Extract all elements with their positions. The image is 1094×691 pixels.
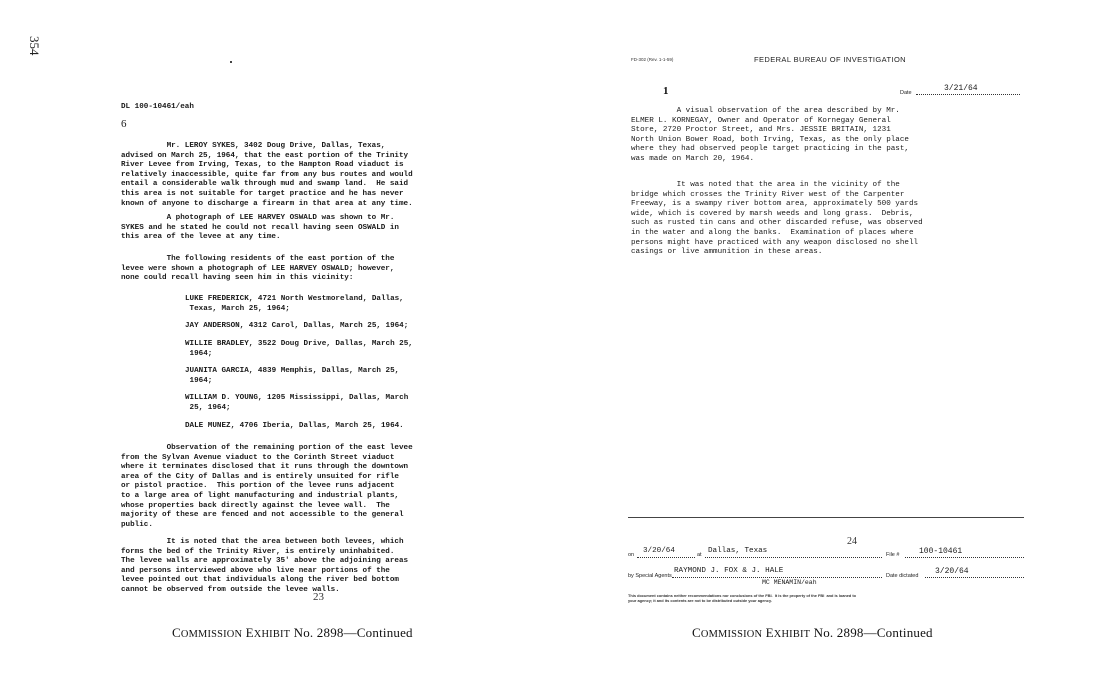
speck <box>230 61 232 63</box>
file-number: 100-10461 <box>905 547 1024 558</box>
serial-number: 1 <box>663 85 669 97</box>
resident-item: WILLIAM D. YOUNG, 1205 Mississippi, Dall… <box>185 394 408 413</box>
paragraph-photograph: A photograph of LEE HARVEY OSWALD was sh… <box>121 214 399 243</box>
location: Dallas, Texas <box>705 547 882 558</box>
divider <box>628 517 1024 518</box>
file-number: DL 100-10461/eah <box>121 103 194 113</box>
caption-part: No. 2898—Continued <box>810 625 933 640</box>
caption-part: XHIBIT <box>774 629 810 640</box>
resident-item: JAY ANDERSON, 4312 Carol, Dallas, March … <box>185 322 408 332</box>
caption-part: OMMISSION <box>701 629 762 640</box>
dictated-label: Date dictated <box>886 573 918 579</box>
serial-number: 6 <box>121 120 127 130</box>
resident-item: LUKE FREDERICK, 4721 North Westmoreland,… <box>185 295 404 314</box>
disclaimer: This document contains neither recommend… <box>628 593 856 603</box>
at-label: at <box>697 552 702 558</box>
caption-part: XHIBIT <box>254 629 290 640</box>
resident-item: WILLIE BRADLEY, 3522 Doug Drive, Dallas,… <box>185 340 413 359</box>
file-label: File # <box>886 552 899 558</box>
paragraph-residents-intro: The following residents of the east port… <box>121 255 394 284</box>
exhibit-caption: COMMISSION EXHIBIT No. 2898—Continued <box>692 625 933 641</box>
caption-part: OMMISSION <box>181 629 242 640</box>
paragraph-visual-observation: A visual observation of the area describ… <box>631 107 909 165</box>
date-value: 3/21/64 <box>916 84 1020 95</box>
agents-value-2: MC MENAMIN/eah <box>762 578 817 588</box>
form-id: FD-302 (Rev. 1-1-59) <box>631 57 673 62</box>
caption-part: No. 2898—Continued <box>290 625 413 640</box>
agents-label: by Special Agents <box>628 573 672 579</box>
agents-value: RAYMOND J. FOX & J. HALE <box>672 567 882 578</box>
resident-item: JUANITA GARCIA, 4839 Memphis, Dallas, Ma… <box>185 367 399 386</box>
caption-part: C <box>172 625 181 640</box>
caption-part: E <box>762 625 774 640</box>
paragraph-noted: It is noted that the area between both l… <box>121 538 408 596</box>
agency-header: FEDERAL BUREAU OF INVESTIGATION <box>754 55 906 64</box>
on-date: 3/20/64 <box>637 547 695 558</box>
paragraph-sykes: Mr. LEROY SYKES, 3402 Doug Drive, Dallas… <box>121 142 413 209</box>
page-number: 354 <box>26 36 42 56</box>
resident-item: DALE MUNEZ, 4706 Iberia, Dallas, March 2… <box>185 422 404 432</box>
paragraph-observation: Observation of the remaining portion of … <box>121 444 413 530</box>
on-label: on <box>628 552 634 558</box>
caption-part: E <box>242 625 254 640</box>
date-label: Date <box>900 90 912 96</box>
exhibit-caption: COMMISSION EXHIBIT No. 2898—Continued <box>172 625 413 641</box>
caption-part: C <box>692 625 701 640</box>
page-stamp: 24 <box>847 536 857 547</box>
paragraph-vicinity: It was noted that the area in the vicini… <box>631 181 923 258</box>
page-stamp: 23 <box>313 591 324 603</box>
dictated-date: 3/20/64 <box>925 567 1024 578</box>
